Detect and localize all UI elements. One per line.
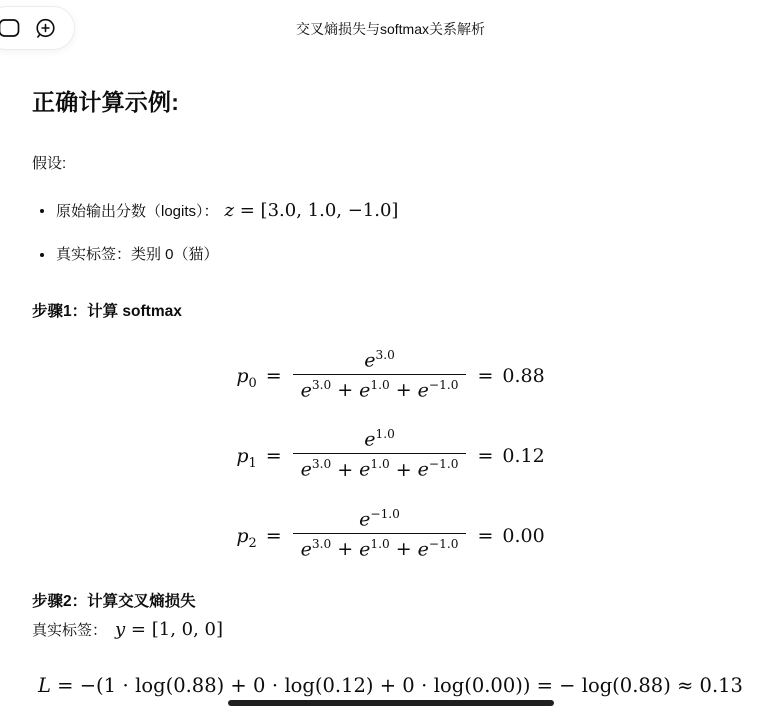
denominator: e3.0+e1.0+e−1.0 bbox=[293, 374, 467, 401]
softmax-equation-p0: p0=e3.0e3.0+e1.0+e−1.0=0.88 bbox=[32, 351, 749, 405]
bullet-dot-icon bbox=[40, 253, 44, 257]
section-heading: 正确计算示例: bbox=[32, 84, 749, 117]
assumption-label: 假设: bbox=[32, 152, 749, 173]
softmax-equation-p1: p1=e1.0e3.0+e1.0+e−1.0=0.12 bbox=[32, 430, 749, 484]
step2-heading: 步骤2：计算交叉熵损失 bbox=[32, 589, 749, 611]
denominator: e3.0+e1.0+e−1.0 bbox=[293, 453, 467, 480]
equation-result: 0.00 bbox=[502, 525, 544, 547]
true-label-vector-label: 真实标签： bbox=[32, 622, 107, 639]
document-content: 正确计算示例: 假设: 原始输出分数（logits）： z = [3.0, 1.… bbox=[0, 84, 781, 697]
softmax-equations: p0=e3.0e3.0+e1.0+e−1.0=0.88 p1=e1.0e3.0+… bbox=[32, 351, 749, 564]
logits-bullet: 原始输出分数（logits）： z = [3.0, 1.0, −1.0] bbox=[32, 197, 749, 224]
denominator: e3.0+e1.0+e−1.0 bbox=[293, 533, 467, 560]
fraction: e1.0e3.0+e1.0+e−1.0 bbox=[293, 427, 467, 481]
fraction: e3.0e3.0+e1.0+e−1.0 bbox=[293, 348, 467, 402]
equation-result: 0.88 bbox=[502, 365, 544, 387]
equation-result: 0.12 bbox=[502, 445, 544, 467]
equation-lhs: p0 bbox=[236, 365, 256, 387]
true-label-vector-line: 真实标签：y = [1, 0, 0] bbox=[32, 619, 749, 640]
page-title: 交叉熵损失与softmax关系解析 bbox=[0, 19, 781, 39]
step1-heading: 步骤1：计算 softmax bbox=[32, 299, 749, 321]
true-label-text: 真实标签：类别 0（猫） bbox=[56, 244, 219, 267]
loss-equation: L = −(1 ⋅ log(0.88) + 0 ⋅ log(0.12) + 0 … bbox=[32, 674, 749, 697]
bullet-dot-icon bbox=[40, 209, 44, 213]
logits-math: z = [3.0, 1.0, −1.0] bbox=[225, 197, 399, 224]
numerator: e1.0 bbox=[293, 427, 467, 453]
fraction: e−1.0e3.0+e1.0+e−1.0 bbox=[293, 507, 467, 561]
true-label-bullet: 真实标签：类别 0（猫） bbox=[32, 244, 749, 267]
equation-lhs: p2 bbox=[236, 525, 256, 547]
home-indicator bbox=[228, 700, 554, 706]
equation-lhs: p1 bbox=[236, 445, 256, 467]
numerator: e3.0 bbox=[293, 348, 467, 374]
app: { "header": { "title": "交叉熵损失与softmax关系解… bbox=[0, 0, 781, 707]
assumption-list: 原始输出分数（logits）： z = [3.0, 1.0, −1.0] 真实标… bbox=[32, 197, 749, 267]
numerator: e−1.0 bbox=[293, 507, 467, 533]
logits-label: 原始输出分数（logits）： bbox=[56, 201, 219, 224]
softmax-equation-p2: p2=e−1.0e3.0+e1.0+e−1.0=0.00 bbox=[32, 510, 749, 564]
